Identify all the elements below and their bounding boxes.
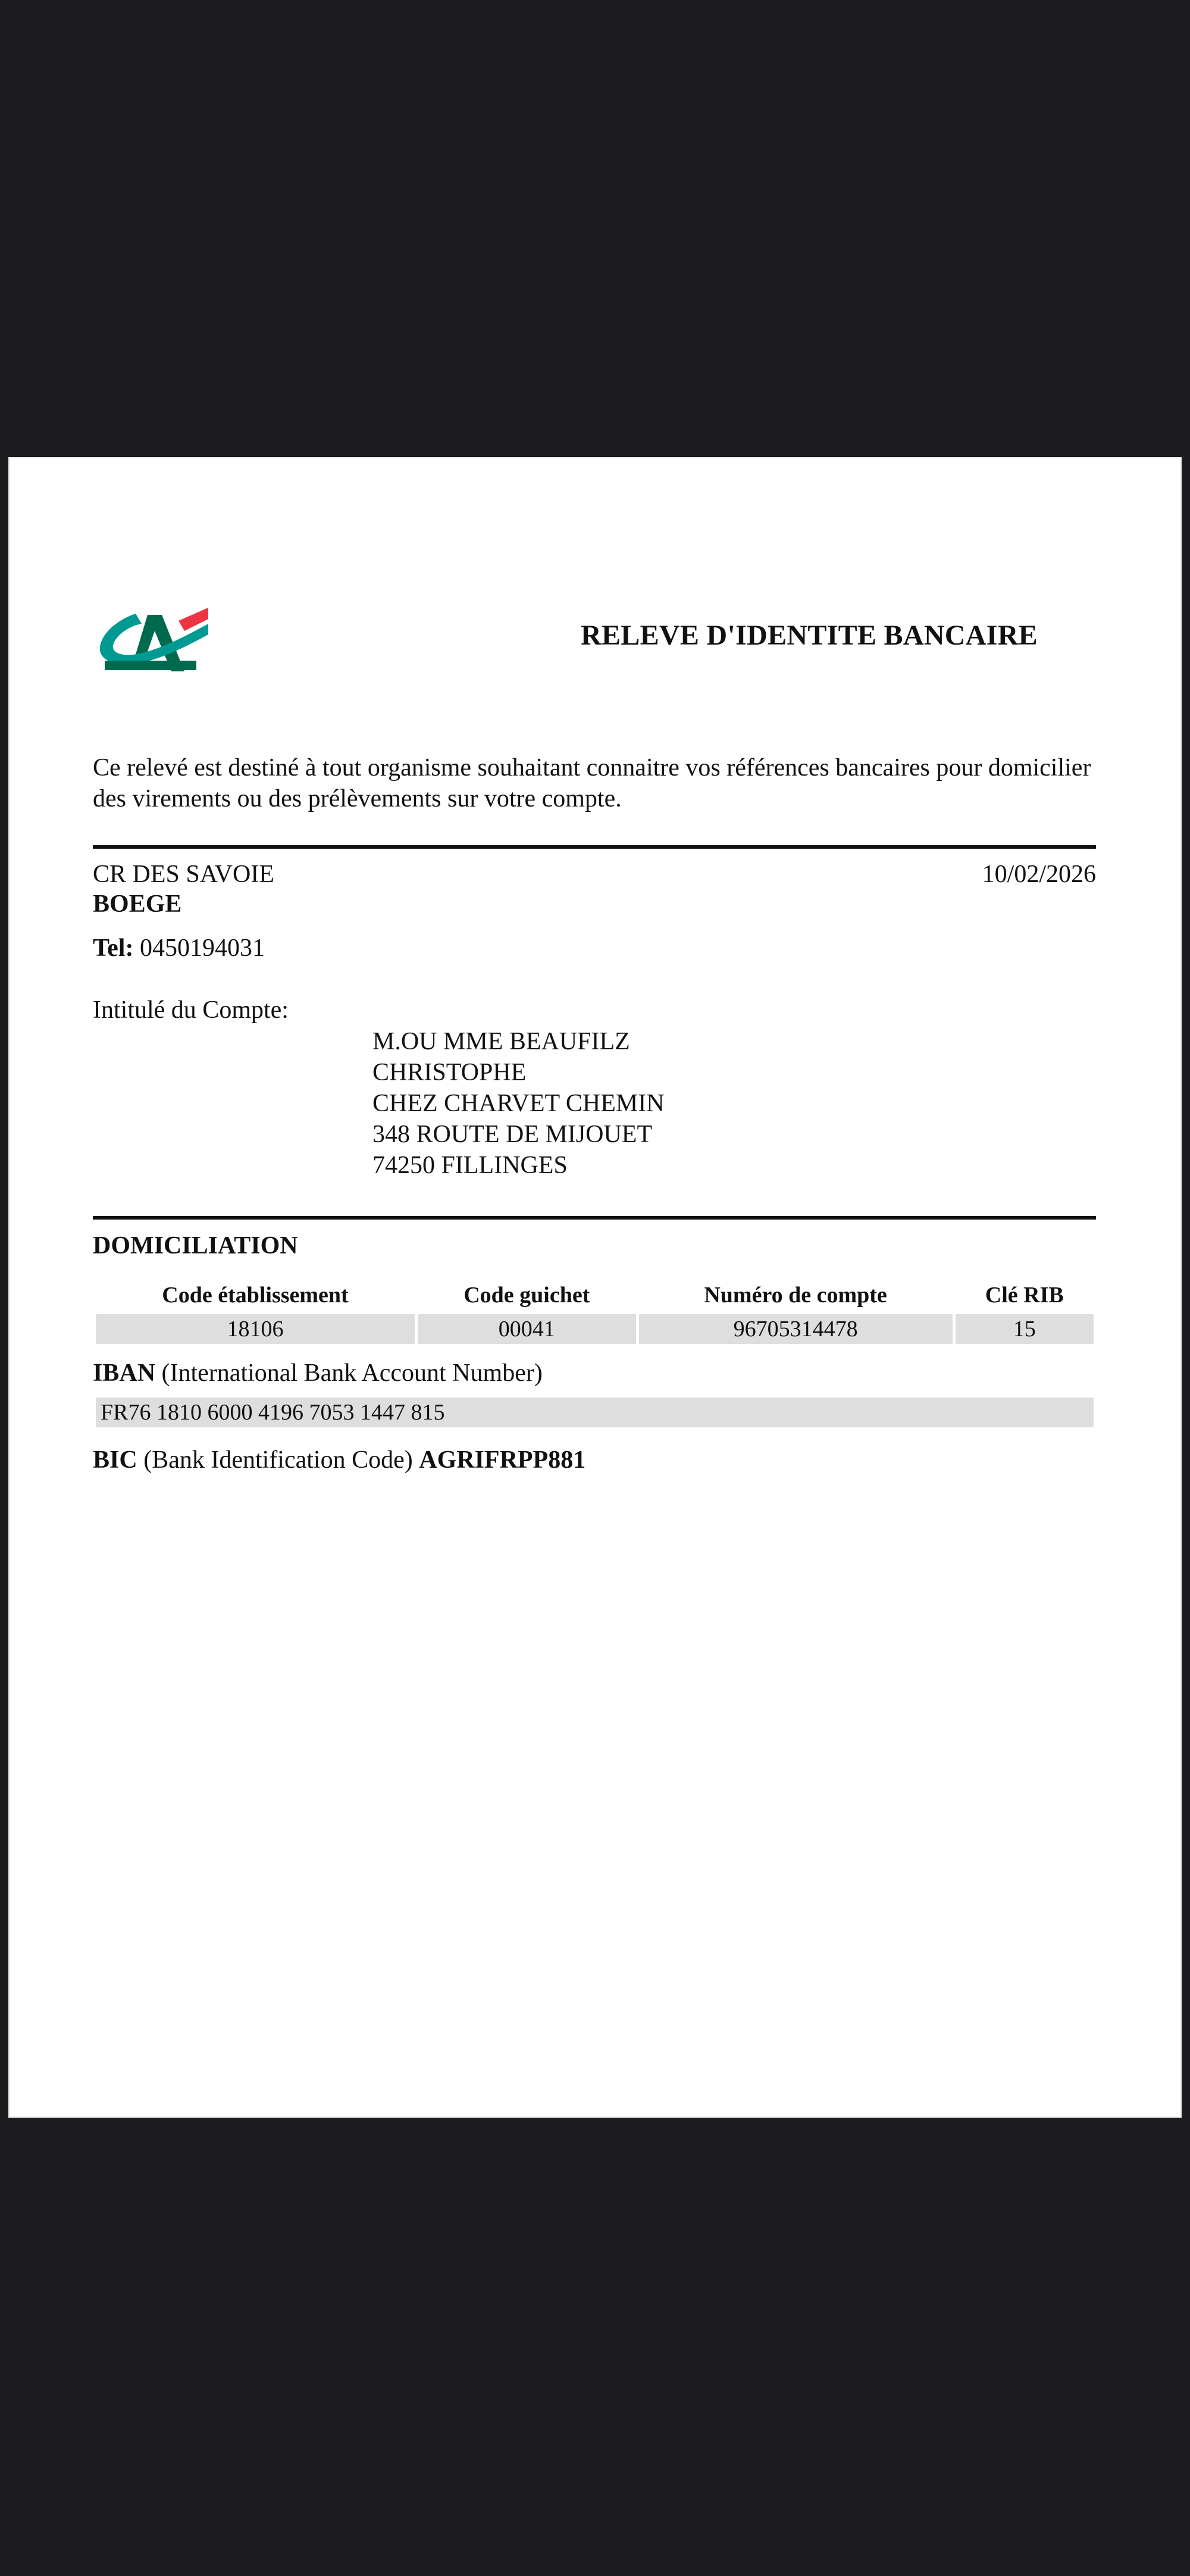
document-date: 10/02/2026 bbox=[982, 859, 1096, 889]
rib-table-header: Code établissement Code guichet Numéro d… bbox=[96, 1278, 1094, 1314]
col-cle-rib: Clé RIB bbox=[956, 1278, 1094, 1314]
document-title: RELEVE D'IDENTITE BANCAIRE bbox=[581, 619, 1038, 652]
col-code-etablissement: Code établissement bbox=[96, 1278, 415, 1314]
credit-agricole-logo-icon bbox=[95, 588, 214, 671]
bic-value: AGRIFRPP881 bbox=[419, 1446, 585, 1474]
rib-document-page: RELEVE D'IDENTITE BANCAIRE Ce relevé est… bbox=[8, 457, 1182, 2118]
bank-name: CR DES SAVOIE bbox=[93, 859, 274, 889]
address-line: M.OU MME BEAUFILZ bbox=[372, 1026, 665, 1057]
iban-value: FR76 1810 6000 4196 7053 1447 815 bbox=[96, 1398, 1094, 1427]
address-line: CHRISTOPHE bbox=[372, 1057, 665, 1088]
iban-label-rest: (International Bank Account Number) bbox=[155, 1359, 543, 1387]
col-numero-compte: Numéro de compte bbox=[639, 1278, 953, 1314]
code-guichet-value: 00041 bbox=[418, 1314, 636, 1344]
code-etablissement-value: 18106 bbox=[96, 1314, 415, 1344]
address-line: 348 ROUTE DE MIJOUET bbox=[372, 1119, 665, 1150]
intro-text: Ce relevé est destiné à tout organisme s… bbox=[93, 752, 1104, 814]
phone-label: Tel: bbox=[93, 934, 133, 962]
rib-table: Code établissement Code guichet Numéro d… bbox=[93, 1278, 1097, 1344]
bic-label-bold: BIC bbox=[93, 1446, 137, 1474]
iban-label: IBAN (International Bank Account Number) bbox=[93, 1358, 543, 1388]
bank-phone: Tel: 0450194031 bbox=[93, 933, 265, 963]
numero-compte-value: 96705314478 bbox=[639, 1314, 953, 1344]
divider-top bbox=[93, 845, 1096, 849]
iban-label-bold: IBAN bbox=[93, 1359, 155, 1387]
phone-value: 0450194031 bbox=[140, 934, 265, 962]
domiciliation-heading: DOMICILIATION bbox=[93, 1231, 298, 1261]
col-code-guichet: Code guichet bbox=[418, 1278, 636, 1314]
bic-label-rest: (Bank Identification Code) bbox=[137, 1446, 419, 1474]
bank-branch: BOEGE bbox=[93, 889, 181, 919]
address-line: CHEZ CHARVET CHEMIN bbox=[372, 1088, 665, 1119]
address-line: 74250 FILLINGES bbox=[372, 1150, 665, 1181]
bic-line: BIC (Bank Identification Code) AGRIFRPP8… bbox=[93, 1445, 585, 1475]
account-holder-address: M.OU MME BEAUFILZ CHRISTOPHE CHEZ CHARVE… bbox=[372, 1026, 665, 1181]
divider-middle bbox=[93, 1216, 1096, 1220]
cle-rib-value: 15 bbox=[956, 1314, 1094, 1344]
table-row: 18106 00041 96705314478 15 bbox=[96, 1314, 1094, 1344]
account-holder-label: Intitulé du Compte: bbox=[93, 995, 289, 1025]
